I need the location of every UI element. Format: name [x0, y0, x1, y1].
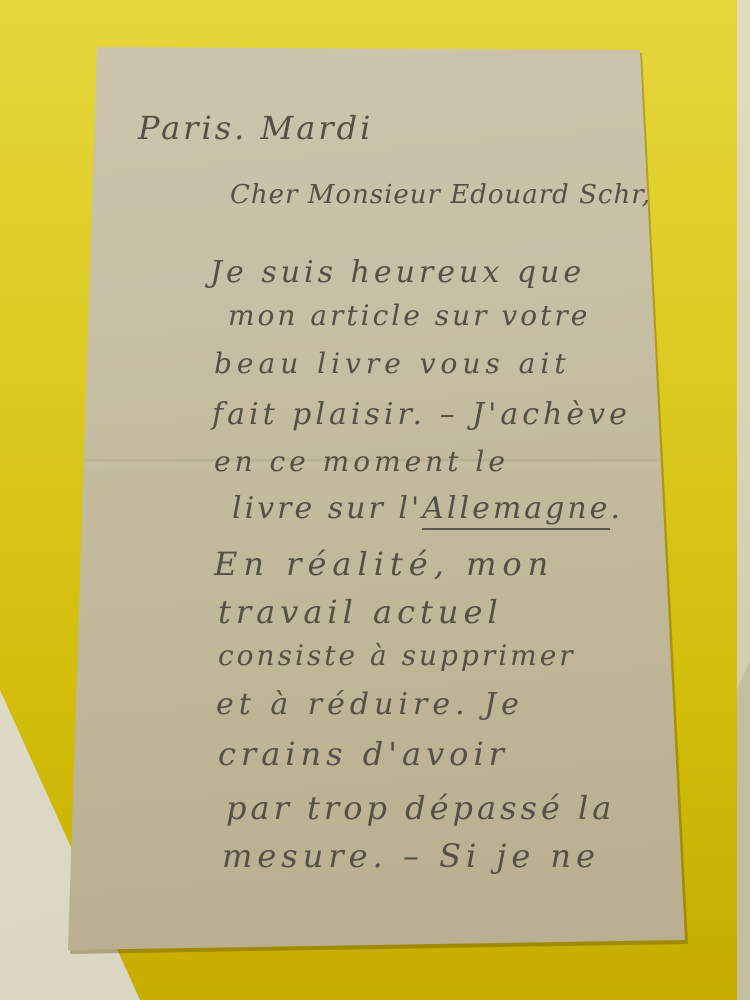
letter-line: mon article sur votre	[228, 302, 590, 330]
letter-line: consiste à supprimer	[218, 642, 576, 670]
underlined-word: Allemagne	[422, 491, 610, 530]
letter-line: En réalité, mon	[214, 548, 554, 580]
letter-line: fait plaisir. – J'achève	[212, 400, 631, 430]
letter-salutation: Cher Monsieur Edouard Schr,	[230, 182, 651, 208]
letter-place-date: Paris. Mardi	[138, 112, 373, 144]
letter-line: en ce moment le	[214, 448, 509, 476]
letter-line: et à réduire. Je	[216, 690, 524, 720]
letter-line: crains d'avoir	[218, 738, 509, 770]
letter-line: mesure. – Si je ne	[222, 840, 600, 872]
letter-line: par trop dépassé la	[226, 792, 615, 824]
letter-line: livre sur l'Allemagne.	[232, 494, 623, 524]
letter-line: travail actuel	[218, 596, 503, 628]
letter-line: beau livre vous ait	[214, 350, 571, 378]
letter-line: Je suis heureux que	[210, 258, 585, 288]
